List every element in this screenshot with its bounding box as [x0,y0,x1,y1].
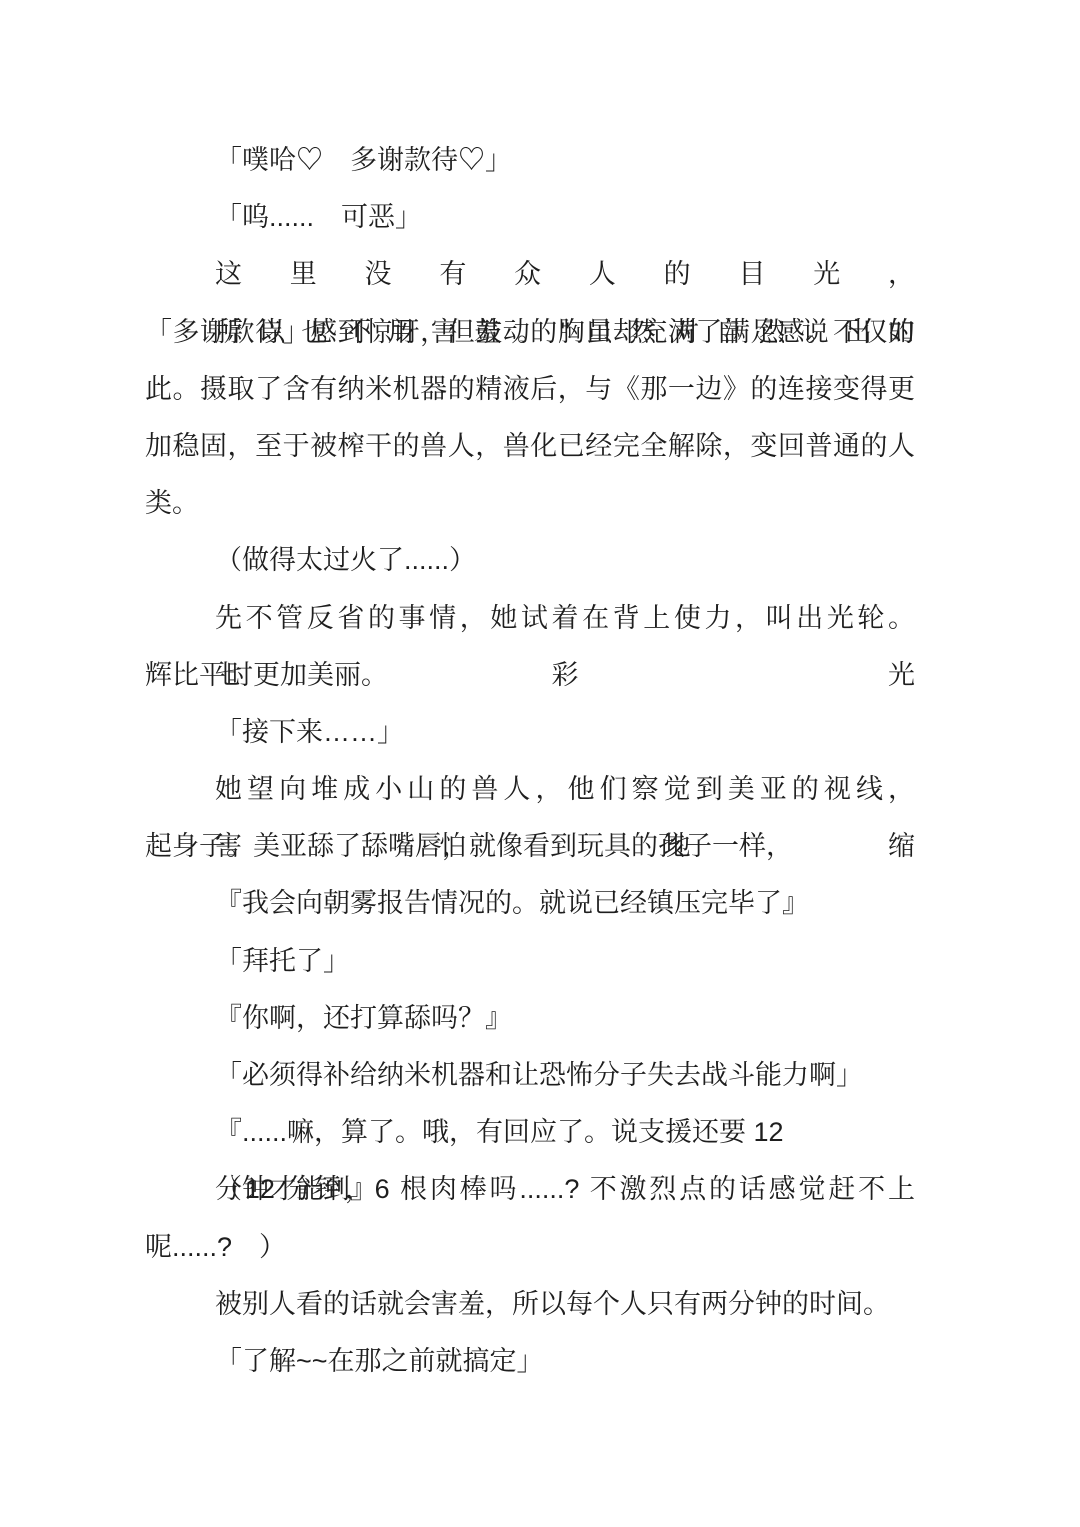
text-line-8: （做得太过火了......） [145,532,915,589]
text-line-2: 「呜...... 可恶」 [145,189,915,246]
document-page: 「噗哈♡ 多谢款待♡」「呜...... 可恶」这里没有众人的目光，所以也不用害羞… [0,0,1080,1527]
text-line-21: 被别人看的话就会害羞，所以每个人只有两分钟的时间。 [145,1276,915,1333]
text-line-7: 类。 [145,475,915,532]
text-line-9: 先不管反省的事情，她试着在背上使力，叫出光轮。七彩光 [145,590,915,647]
text-line-17: 「必须得补给纳米机器和让恐怖分子失去战斗能力啊」 [145,1047,915,1104]
text-line-4: 「多谢款待」感到惊讶，但鼓动的胸口却充满了满足感。不仅如 [145,304,915,361]
text-line-12: 她望向堆成小山的兽人，他们察觉到美亚的视线，害怕地缩 [145,761,915,818]
text-line-3: 这里没有众人的目光，所以也不用害羞。"虽然对自然说出的 [145,246,915,303]
text-line-1: 「噗哈♡ 多谢款待♡」 [145,132,915,189]
text-line-14: 『我会向朝雾报告情况的。就说已经镇压完毕了』 [145,875,915,932]
text-line-15: 「拜托了」 [145,933,915,990]
text-line-20: 呢......? ） [145,1219,915,1276]
text-line-11: 「接下来……」 [145,704,915,761]
text-line-22: 「了解~~在那之前就搞定」 [145,1333,915,1390]
text-block: 「噗哈♡ 多谢款待♡」「呜...... 可恶」这里没有众人的目光，所以也不用害羞… [145,132,915,1390]
text-line-16: 『你啊，还打算舔吗？』 [145,990,915,1047]
text-line-6: 加稳固，至于被榨干的兽人，兽化已经完全解除，变回普通的人 [145,418,915,475]
text-line-18: 『......嘛，算了。哦，有回应了。说支援还要 12 分钟才能到』 [145,1104,915,1161]
text-line-5: 此。摄取了含有纳米机器的精液后，与《那一边》的连接变得更 [145,361,915,418]
text-line-19: （12 分钟，6 根肉棒吗......? 不激烈点的话感觉赶不上 [145,1161,915,1218]
